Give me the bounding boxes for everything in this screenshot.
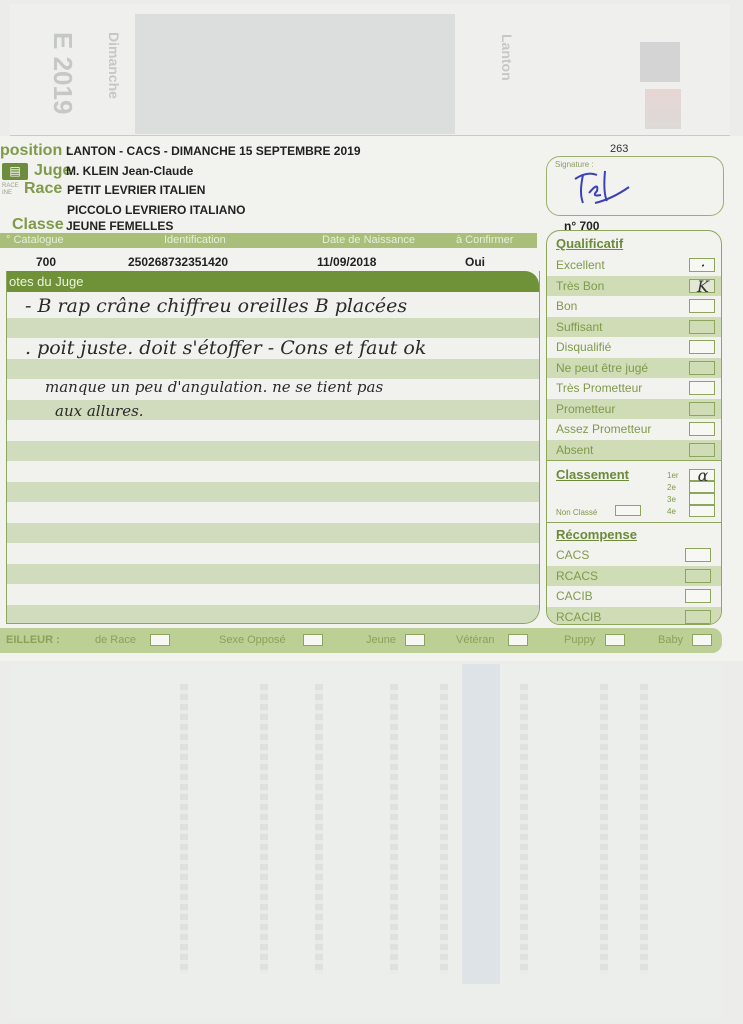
faded-text-column: [390, 684, 398, 974]
rank-label-4: 4e: [667, 507, 676, 516]
faded-photo: [135, 14, 455, 134]
recompense-cacib[interactable]: CACIB: [547, 586, 721, 607]
note-line-2: . poit juste. doit s'étoffer - Cons et f…: [25, 337, 426, 359]
meilleur-veteran-label: Vétéran: [456, 634, 495, 646]
qualificatif-disqualifie[interactable]: Disqualifié: [547, 337, 721, 358]
catalog-header: à Confirmer: [456, 233, 513, 248]
checkbox[interactable]: ·: [689, 258, 715, 272]
recompense-rcacib[interactable]: RCACIB: [547, 607, 721, 626]
qualificatif-bon[interactable]: Bon: [547, 296, 721, 317]
meilleur-jeune-label: Jeune: [366, 634, 396, 646]
birth-date: 11/09/2018: [317, 255, 376, 269]
meilleur-jeune-checkbox[interactable]: [405, 634, 425, 646]
qualificatif-prometteur[interactable]: Prometteur: [547, 399, 721, 420]
rank-1-checkbox-checked[interactable]: α: [689, 469, 715, 481]
meilleur-sexe-oppose-label: Sexe Opposé: [219, 634, 286, 646]
meilleur-de-race-label: de Race: [95, 634, 136, 646]
meilleur-baby-label: Baby: [658, 634, 683, 646]
qualificatif-tres-prometteur[interactable]: Très Prometteur: [547, 378, 721, 399]
checkbox[interactable]: [689, 320, 715, 334]
rank-2-checkbox[interactable]: [689, 481, 715, 493]
meilleur-puppy-checkbox[interactable]: [605, 634, 625, 646]
meilleur-sexe-oppose-checkbox[interactable]: [303, 634, 323, 646]
checkbox[interactable]: [685, 569, 711, 583]
qualificatif-absent[interactable]: Absent: [547, 440, 721, 461]
rank-label-2: 2e: [667, 483, 676, 492]
bleed-text-day: Dimanche: [106, 32, 122, 99]
note-line-3: manque un peu d'angulation. ne se tient …: [45, 378, 383, 396]
qualificatif-title: Qualificatif: [556, 236, 623, 251]
qualificatif-assez-prometteur[interactable]: Assez Prometteur: [547, 419, 721, 440]
meilleur-puppy-label: Puppy: [564, 634, 595, 646]
divider: [547, 522, 721, 523]
note-line-stripe: [7, 605, 539, 624]
faded-text-column: [600, 684, 608, 974]
meilleur-baby-checkbox[interactable]: [692, 634, 712, 646]
race-code-icon: RACEINE: [2, 183, 19, 197]
signature-box: Signature :: [546, 156, 724, 216]
note-line-stripe: [7, 359, 539, 379]
faded-text-column: [180, 684, 188, 974]
judge-notes-title: otes du Juge: [7, 271, 539, 292]
faded-text-column: [260, 684, 268, 974]
faded-flag-logo: [645, 89, 681, 129]
classe-value: JEUNE FEMELLES: [66, 219, 173, 233]
rank-label-3: 3e: [667, 495, 676, 504]
note-line-1: - B rap crâne chiffreu oreilles B placée…: [25, 295, 407, 317]
meilleur-label: EILLEUR :: [6, 634, 60, 646]
checkbox[interactable]: [689, 361, 715, 375]
juge-icon: ▤: [2, 163, 28, 180]
note-line-stripe: [7, 564, 539, 584]
scanned-page: E 2019 Dimanche Lanton position : LANTON…: [0, 0, 743, 1024]
checkbox[interactable]: [689, 443, 715, 457]
bleed-through-top: E 2019 Dimanche Lanton: [10, 4, 730, 136]
divider: [547, 460, 721, 461]
bleed-through-bottom: [10, 664, 722, 1019]
race-value-fr: PETIT LEVRIER ITALIEN: [67, 183, 205, 197]
checkbox[interactable]: [685, 610, 711, 624]
note-line-stripe: [7, 441, 539, 461]
exposition-value: LANTON - CACS - DIMANCHE 15 SEPTEMBRE 20…: [66, 144, 361, 158]
exposition-label: position :: [0, 142, 72, 160]
judging-sheet: position : LANTON - CACS - DIMANCHE 15 S…: [0, 136, 743, 661]
checkbox[interactable]: [689, 402, 715, 416]
note-line-stripe: [7, 482, 539, 502]
checkbox[interactable]: [689, 299, 715, 313]
page-number: 263: [610, 143, 628, 155]
qualificatif-panel: Qualificatif Excellent· Très BonK Bon Su…: [546, 230, 722, 625]
classe-label: Classe: [12, 216, 64, 234]
qualificatif-tres-bon[interactable]: Très BonK: [547, 276, 721, 297]
qualificatif-excellent[interactable]: Excellent·: [547, 255, 721, 276]
qualificatif-ne-peut-etre-juge[interactable]: Ne peut être jugé: [547, 358, 721, 379]
classement-title: Classement: [556, 467, 629, 482]
note-line-stripe: [7, 318, 539, 338]
non-classe-checkbox[interactable]: [615, 505, 641, 516]
faded-text-column: [640, 684, 648, 974]
catalog-number: 700: [36, 255, 56, 269]
identification: 250268732351420: [128, 255, 228, 269]
recompense-cacs[interactable]: CACS: [547, 545, 721, 566]
note-line-4: aux allures.: [55, 402, 144, 420]
catalog-header: Identification: [164, 233, 226, 248]
catalog-header: ° Catalogue: [6, 233, 64, 248]
qualificatif-suffisant[interactable]: Suffisant: [547, 317, 721, 338]
meilleur-bar: EILLEUR : de Race Sexe Opposé Jeune Vété…: [0, 628, 722, 653]
judge-notes-panel: otes du Juge - B rap crâne chiffreu orei…: [6, 271, 540, 624]
faded-logo: [640, 42, 680, 82]
catalog-header: Date de Naissance: [322, 233, 415, 248]
faded-band: [462, 664, 500, 984]
bleed-text-place: Lanton: [499, 34, 515, 81]
note-line-stripe: [7, 523, 539, 543]
rank-3-checkbox[interactable]: [689, 493, 715, 505]
meilleur-veteran-checkbox[interactable]: [508, 634, 528, 646]
checkbox[interactable]: [685, 548, 711, 562]
signature-ink-icon: [567, 163, 637, 213]
recompense-title: Récompense: [556, 527, 637, 542]
checkbox[interactable]: [689, 340, 715, 354]
rank-4-checkbox[interactable]: [689, 505, 715, 517]
bleed-text-year: E 2019: [47, 32, 78, 114]
juge-value: M. KLEIN Jean-Claude: [66, 164, 193, 178]
faded-text-column: [520, 684, 528, 974]
race-value-it: PICCOLO LEVRIERO ITALIANO: [67, 203, 245, 217]
checkbox-checked[interactable]: K: [689, 279, 715, 293]
rank-label-1: 1er: [667, 471, 679, 480]
faded-text-column: [440, 684, 448, 974]
catalog-header-row: ° Catalogue Identification Date de Naiss…: [0, 233, 537, 248]
checkbox[interactable]: [685, 589, 711, 603]
recompense-rcacs[interactable]: RCACS: [547, 566, 721, 587]
faded-text-column: [315, 684, 323, 974]
meilleur-de-race-checkbox[interactable]: [150, 634, 170, 646]
race-label: Race: [24, 180, 62, 198]
checkbox[interactable]: [689, 422, 715, 436]
to-confirm: Oui: [465, 255, 485, 269]
checkbox[interactable]: [689, 381, 715, 395]
non-classe-label: Non Classé: [556, 508, 597, 517]
